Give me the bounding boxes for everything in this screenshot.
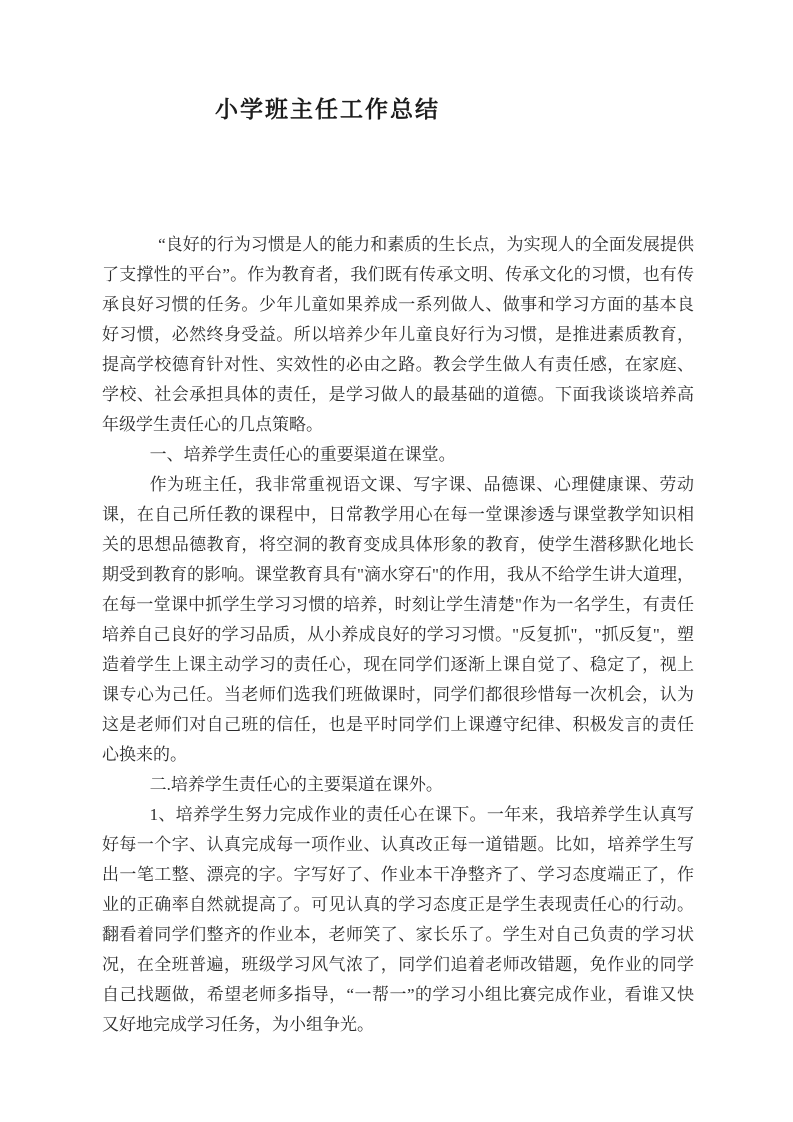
paragraph: 二.培养学生责任心的主要渠道在课外。 xyxy=(102,770,694,800)
document-page: 小学班主任工作总结 “良好的行为习惯是人的能力和素质的生长点，为实现人的全面发展… xyxy=(0,0,793,1122)
document-body: “良好的行为习惯是人的能力和素质的生长点，为实现人的全面发展提供了支撑性的平台”… xyxy=(102,230,694,1040)
paragraph: 1、培养学生努力完成作业的责任心在课下。一年来，我培养学生认真写好每一个字、认真… xyxy=(102,800,694,1040)
paragraph: 作为班主任，我非常重视语文课、写字课、品德课、心理健康课、劳动课，在自己所任教的… xyxy=(102,470,694,770)
paragraph: “良好的行为习惯是人的能力和素质的生长点，为实现人的全面发展提供了支撑性的平台”… xyxy=(102,230,694,440)
paragraph: 一、培养学生责任心的重要渠道在课堂。 xyxy=(102,440,694,470)
document-title: 小学班主任工作总结 xyxy=(215,96,440,124)
